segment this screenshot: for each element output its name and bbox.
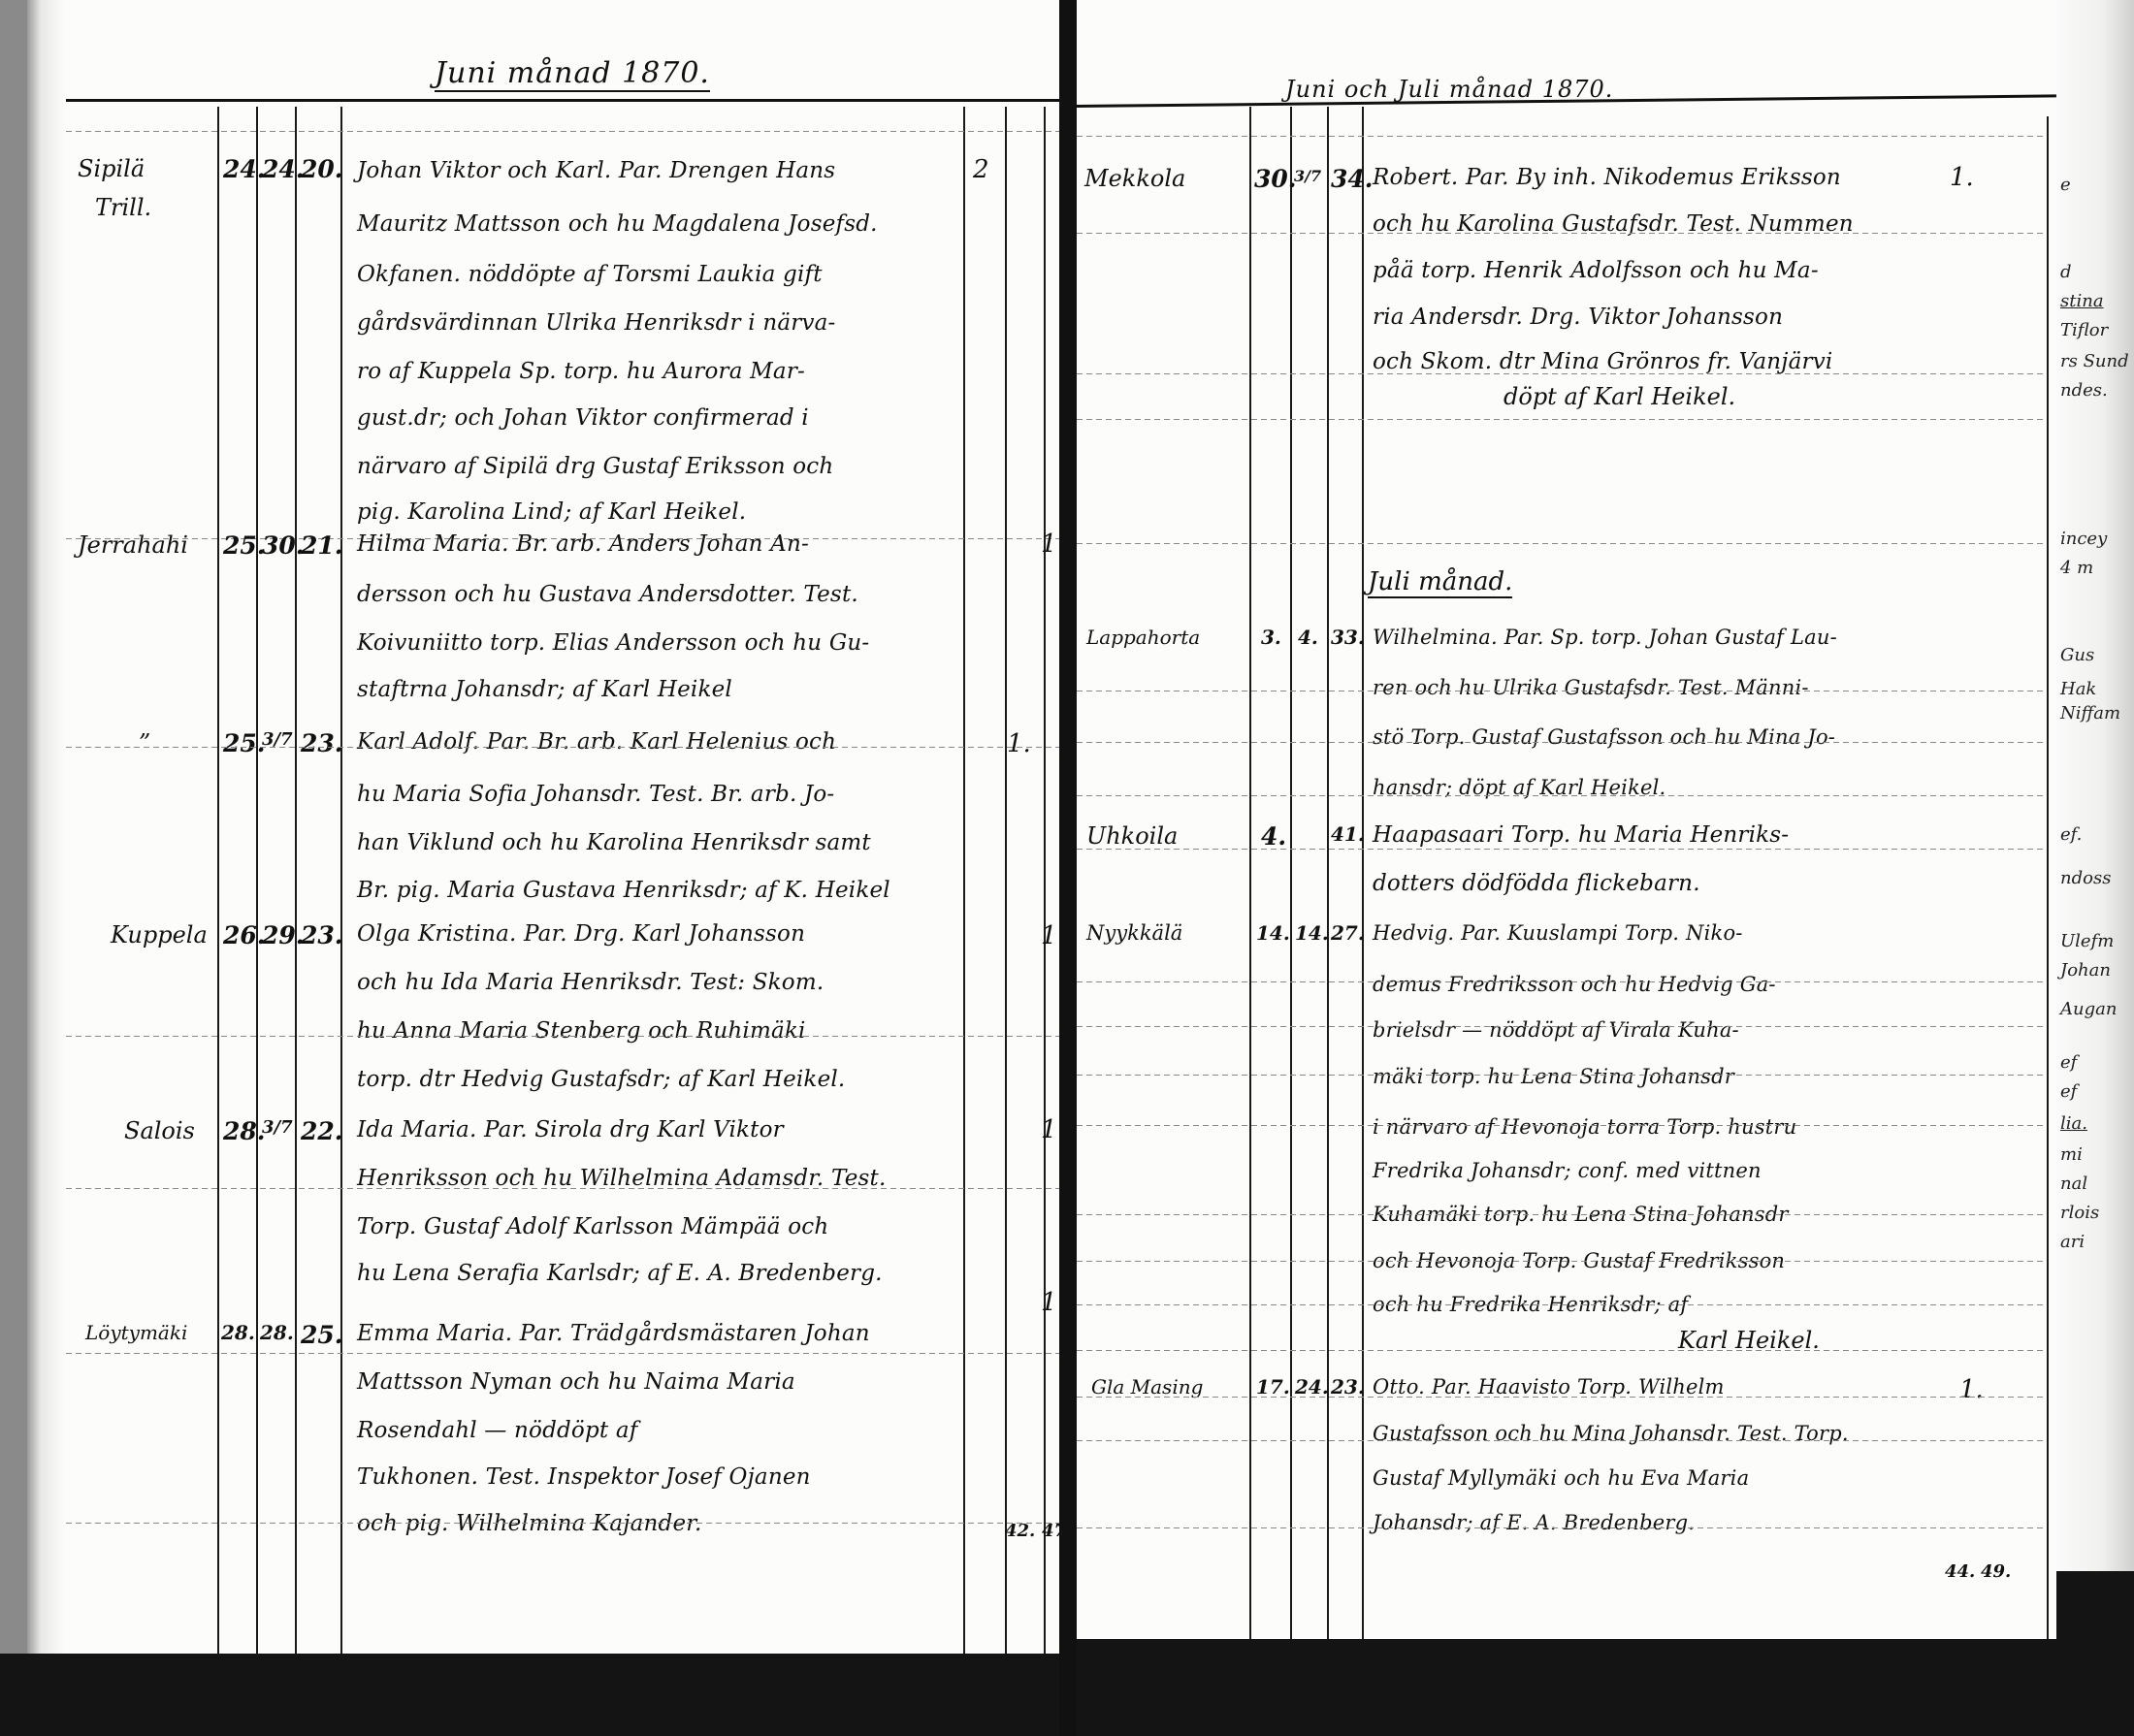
ruled-line [66, 1523, 1059, 1524]
baptism-day: 3/7 [262, 1117, 293, 1138]
birth-day: 17. [1256, 1375, 1290, 1398]
child-count: 1. [1041, 1115, 1059, 1144]
text-fragment: rs Sund [2060, 351, 2129, 371]
column-divider [1249, 107, 1251, 1639]
ruled-line [66, 1188, 1059, 1189]
entry-line: gust.dr; och Johan Viktor confirmerad i [357, 405, 809, 431]
entry-line: närvaro af Sipilä drg Gustaf Eriksson oc… [357, 454, 833, 479]
entry-line: Koivuniitto torp. Elias Andersson och hu… [357, 630, 869, 656]
ruled-line [66, 1353, 1059, 1354]
entry-line: Emma Maria. Par. Trädgårdsmästaren Johan [357, 1321, 870, 1346]
entry-line: ria Andersdr. Drg. Viktor Johansson [1373, 305, 1783, 330]
entry-line: Ida Maria. Par. Sirola drg Karl Viktor [357, 1117, 784, 1142]
entry-line: hu Lena Serafia Karlsdr; af E. A. Breden… [357, 1261, 883, 1286]
ruled-line [1077, 1304, 2047, 1305]
entry-line: Johansdr; af E. A. Bredenberg. [1373, 1511, 1695, 1534]
child-count: 1. [1959, 1375, 1984, 1404]
birth-day: 26. [223, 921, 266, 949]
page-total: 42. [1005, 1521, 1035, 1541]
ruled-line [66, 131, 1059, 132]
entry-line: pig. Karolina Lind; af Karl Heikel. [357, 499, 746, 525]
column-divider [295, 107, 297, 1654]
ruled-line [1077, 849, 2047, 850]
officiant-signature: döpt af Karl Heikel. [1503, 383, 1735, 410]
place-name-sub: Trill. [95, 194, 151, 221]
child-count: 2 [973, 155, 989, 184]
ruled-line [66, 1036, 1059, 1037]
entry-line: Rosendahl — nöddöpt af [357, 1418, 637, 1443]
text-fragment: Ulefm [2060, 931, 2114, 951]
ruled-line [1077, 1125, 2047, 1126]
entry-line: brielsdr — nöddöpt af Virala Kuha- [1373, 1018, 1739, 1042]
entry-line: Tukhonen. Test. Inspektor Josef Ojanen [357, 1464, 811, 1490]
mother-age: 23. [301, 729, 343, 757]
column-divider [1005, 107, 1007, 1654]
entry-line: Mauritz Mattsson och hu Magdalena Josefs… [357, 211, 878, 237]
entry-line: dotters dödfödda flickebarn. [1373, 871, 1700, 896]
place-name: ” [139, 729, 150, 756]
place-name: Mekkola [1084, 165, 1185, 192]
entry-line: staftrna Johansdr; af Karl Heikel [357, 677, 732, 702]
mother-age: 23. [1331, 1375, 1365, 1398]
birth-day: 25. [223, 531, 266, 560]
entry-line: Torp. Gustaf Adolf Karlsson Mämpää och [357, 1214, 828, 1239]
mother-age: 25. [301, 1321, 343, 1349]
ruled-line [1077, 1440, 2047, 1441]
column-divider [1362, 107, 1364, 1639]
text-fragment: incey [2060, 529, 2107, 549]
entry-line: Br. pig. Maria Gustava Henriksdr; af K. … [357, 878, 890, 903]
entry-line: demus Fredriksson och hu Hedvig Ga- [1373, 973, 1776, 996]
ruled-line [1077, 1214, 2047, 1215]
text-fragment: mi [2060, 1144, 2083, 1165]
text-fragment: ef. [2060, 824, 2082, 845]
ruled-line [1077, 795, 2047, 796]
text-fragment: nal [2060, 1173, 2087, 1194]
child-count: 1. [1950, 163, 1974, 192]
ruled-line [1077, 1026, 2047, 1027]
mother-age: 22. [301, 1117, 343, 1145]
baptism-day: 14. [1295, 921, 1329, 945]
ruled-line [1077, 543, 2047, 544]
text-fragment: ef [2060, 1081, 2077, 1102]
text-fragment: Johan [2060, 960, 2111, 981]
column-divider [2047, 116, 2049, 1639]
place-name: Uhkoila [1086, 822, 1178, 850]
entry-line: Hilma Maria. Br. arb. Anders Johan An- [357, 531, 809, 557]
entry-line: mäki torp. hu Lena Stina Johansdr [1373, 1065, 1734, 1088]
month-subheading: Juli månad. [1368, 567, 1512, 598]
page-header-title: Juni månad 1870. [435, 56, 710, 92]
baptism-day: 29. [262, 921, 305, 949]
ruled-line [1077, 1397, 2047, 1398]
entry-line: Gustaf Myllymäki och hu Eva Maria [1373, 1466, 1749, 1490]
book-gutter [1059, 0, 1077, 1736]
column-divider [1290, 107, 1292, 1639]
entry-line: Karl Adolf. Par. Br. arb. Karl Helenius … [357, 729, 836, 755]
right-register-page: Juni och Juli månad 1870. Mekkola 30. 3/… [1077, 0, 2056, 1639]
place-name: Gla Masing [1091, 1375, 1203, 1398]
text-fragment: 4 m [2060, 558, 2093, 578]
page-total: 47. [1042, 1521, 1059, 1541]
page-header-title: Juni och Juli månad 1870. [1285, 76, 1613, 103]
place-name: Sipilä [78, 155, 145, 182]
text-fragment: Gus [2060, 645, 2094, 665]
place-name: Nyykkälä [1086, 921, 1182, 945]
entry-line: och hu Ida Maria Henriksdr. Test: Skom. [357, 970, 824, 995]
page-total: 44. [1945, 1561, 1975, 1582]
entry-line: och pig. Wilhelmina Kajander. [357, 1511, 701, 1536]
mother-age: 33. [1331, 626, 1365, 649]
entry-line: ren och hu Ulrika Gustafsdr. Test. Männi… [1373, 676, 1809, 699]
text-fragment: ndoss [2060, 868, 2111, 888]
child-count: 1. [1041, 1288, 1059, 1317]
ruled-line [1077, 1527, 2047, 1528]
mother-age: 41. [1331, 822, 1365, 846]
entry-line: Robert. Par. By inh. Nikodemus Eriksson [1373, 165, 1841, 190]
entry-line: Haapasaari Torp. hu Maria Henriks- [1373, 822, 1789, 848]
entry-line: han Viklund och hu Karolina Henriksdr sa… [357, 830, 871, 855]
mother-age: 20. [301, 155, 343, 183]
baptism-day: 3/7 [1294, 167, 1321, 185]
left-register-page: Juni månad 1870. Sipilä Trill. 24. 24. 2… [0, 0, 1059, 1654]
ruled-line [1077, 233, 2047, 234]
birth-day: 4. [1261, 822, 1286, 851]
text-fragment: Augan [2060, 999, 2117, 1019]
adjacent-page-edge: e d stina Tiflor rs Sund ndes. incey 4 m… [2056, 0, 2134, 1571]
entry-line: Wilhelmina. Par. Sp. torp. Johan Gustaf … [1373, 626, 1837, 649]
birth-day: 30. [1254, 165, 1297, 193]
entry-line: i närvaro af Hevonoja torra Torp. hustru [1373, 1115, 1796, 1139]
birth-day: 14. [1256, 921, 1290, 945]
text-fragment: rlois [2060, 1203, 2099, 1223]
child-count: 1. [1041, 530, 1059, 559]
child-count: 1. [1041, 921, 1059, 950]
text-fragment: d [2060, 262, 2072, 282]
text-fragment: stina [2060, 291, 2104, 311]
ruled-line [1077, 742, 2047, 743]
column-divider [1044, 107, 1046, 1654]
mother-age: 27. [1331, 921, 1365, 945]
text-fragment: ndes. [2060, 380, 2108, 401]
entry-line: Gustafsson och hu Mina Johansdr. Test. T… [1373, 1422, 1849, 1445]
text-fragment: Hak [2060, 679, 2096, 699]
ruled-line [1077, 373, 2047, 374]
birth-day: 3. [1261, 626, 1281, 649]
entry-line: ro af Kuppela Sp. torp. hu Aurora Mar- [357, 359, 805, 384]
entry-line: Hedvig. Par. Kuuslampi Torp. Niko- [1373, 921, 1743, 945]
entry-line: Johan Viktor och Karl. Par. Drengen Hans [357, 158, 835, 183]
text-fragment: lia. [2060, 1113, 2087, 1134]
entry-line: gårdsvärdinnan Ulrika Henriksdr i närva- [357, 310, 836, 336]
entry-line: stö Torp. Gustaf Gustafsson och hu Mina … [1373, 725, 1835, 749]
header-rule [66, 99, 1059, 102]
ruled-line [1077, 1075, 2047, 1076]
ruled-line [1077, 691, 2047, 691]
text-fragment: ef [2060, 1052, 2077, 1073]
column-divider [340, 107, 342, 1654]
column-divider [1327, 107, 1329, 1639]
baptism-day: 4. [1298, 626, 1318, 649]
text-fragment: Niffam [2060, 703, 2120, 723]
column-divider [963, 107, 965, 1654]
entry-line: Fredrika Johansdr; conf. med vittnen [1373, 1159, 1762, 1182]
birth-day: 25. [223, 729, 266, 757]
entry-line: Olga Kristina. Par. Drg. Karl Johansson [357, 921, 805, 947]
ruled-line [1077, 1350, 2047, 1351]
entry-line: hu Maria Sofia Johansdr. Test. Br. arb. … [357, 782, 834, 807]
place-name: Jerrahahi [78, 531, 188, 559]
baptism-day: 24. [262, 155, 305, 183]
mother-age: 23. [301, 921, 343, 949]
place-name: Salois [124, 1117, 195, 1144]
text-fragment: Tiflor [2060, 320, 2108, 340]
place-name: Lappahorta [1086, 626, 1200, 649]
child-count: 1. [1007, 729, 1031, 758]
text-fragment: ari [2060, 1232, 2085, 1252]
entry-line: Okfanen. nöddöpte af Torsmi Laukia gift [357, 262, 823, 287]
ruled-line [66, 747, 1059, 748]
entry-line: Otto. Par. Haavisto Torp. Wilhelm [1373, 1375, 1725, 1398]
ruled-line [1077, 419, 2047, 420]
birth-day: 28. [221, 1321, 255, 1344]
birth-day: 24. [223, 155, 266, 183]
entry-line: och Skom. dtr Mina Grönros fr. Vanjärvi [1373, 349, 1832, 374]
mother-age: 21. [301, 531, 343, 560]
ruled-line [1077, 1261, 2047, 1262]
entry-line: hu Anna Maria Stenberg och Ruhimäki [357, 1018, 806, 1044]
baptism-day: 28. [260, 1321, 294, 1344]
ruled-line [1077, 981, 2047, 982]
ruled-line [1077, 136, 2047, 137]
entry-line: påä torp. Henrik Adolfsson och hu Ma- [1373, 258, 1819, 283]
baptism-day: 30. [262, 531, 305, 560]
place-name: Löytymäki [85, 1321, 187, 1344]
entry-line: torp. dtr Hedvig Gustafsdr; af Karl Heik… [357, 1067, 845, 1092]
page-total: 49. [1981, 1561, 2011, 1582]
baptism-day: 24. [1295, 1375, 1329, 1398]
mother-age: 34. [1331, 165, 1374, 193]
entry-line: dersson och hu Gustava Andersdotter. Tes… [357, 582, 858, 607]
column-divider [217, 107, 219, 1654]
entry-line: Mattsson Nyman och hu Naima Maria [357, 1369, 795, 1395]
text-fragment: e [2060, 175, 2071, 195]
column-divider [256, 107, 258, 1654]
place-name: Kuppela [111, 921, 208, 948]
birth-day: 28. [223, 1117, 266, 1145]
